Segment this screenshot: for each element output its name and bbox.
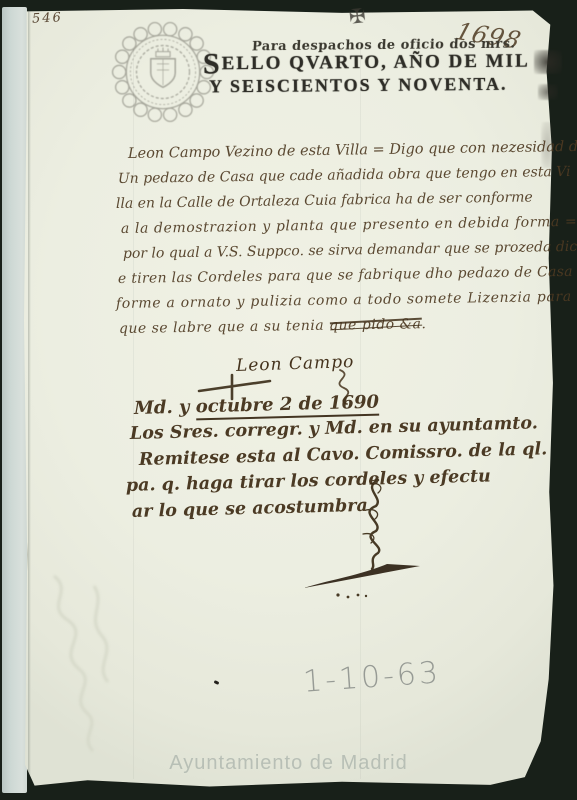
seal-title-line2: Y SEISCIENTOS Y NOVENTA. — [209, 74, 533, 98]
folio-number: 546 — [32, 10, 64, 27]
seal-title-rest: ELLO QVARTO, AÑO DE MIL — [222, 51, 530, 75]
decree-place: Md. y — [134, 396, 196, 419]
seal-title-line1: SELLO QVARTO, AÑO DE MIL — [203, 51, 530, 75]
seal-title-block: SELLO QVARTO, AÑO DE MIL Y SEISCIENTOS Y… — [203, 51, 533, 98]
maltese-cross-stamp-icon: ✠ — [348, 3, 367, 29]
ink-smudge — [538, 84, 558, 100]
petition-text-block: Leon Campo Vezino de esta Villa = Digo q… — [116, 146, 554, 346]
watermark-text: Ayuntamiento de Madrid — [0, 752, 577, 775]
decree-date-underlined: octubre 2 de 1690 — [195, 392, 379, 421]
adjacent-page-edge — [2, 7, 27, 793]
royal-coat-of-arms-seal-icon — [110, 20, 216, 124]
ink-smudge — [534, 50, 562, 74]
notary-rubric-icon — [292, 468, 444, 600]
verso-bleedthrough-marks — [34, 566, 154, 766]
